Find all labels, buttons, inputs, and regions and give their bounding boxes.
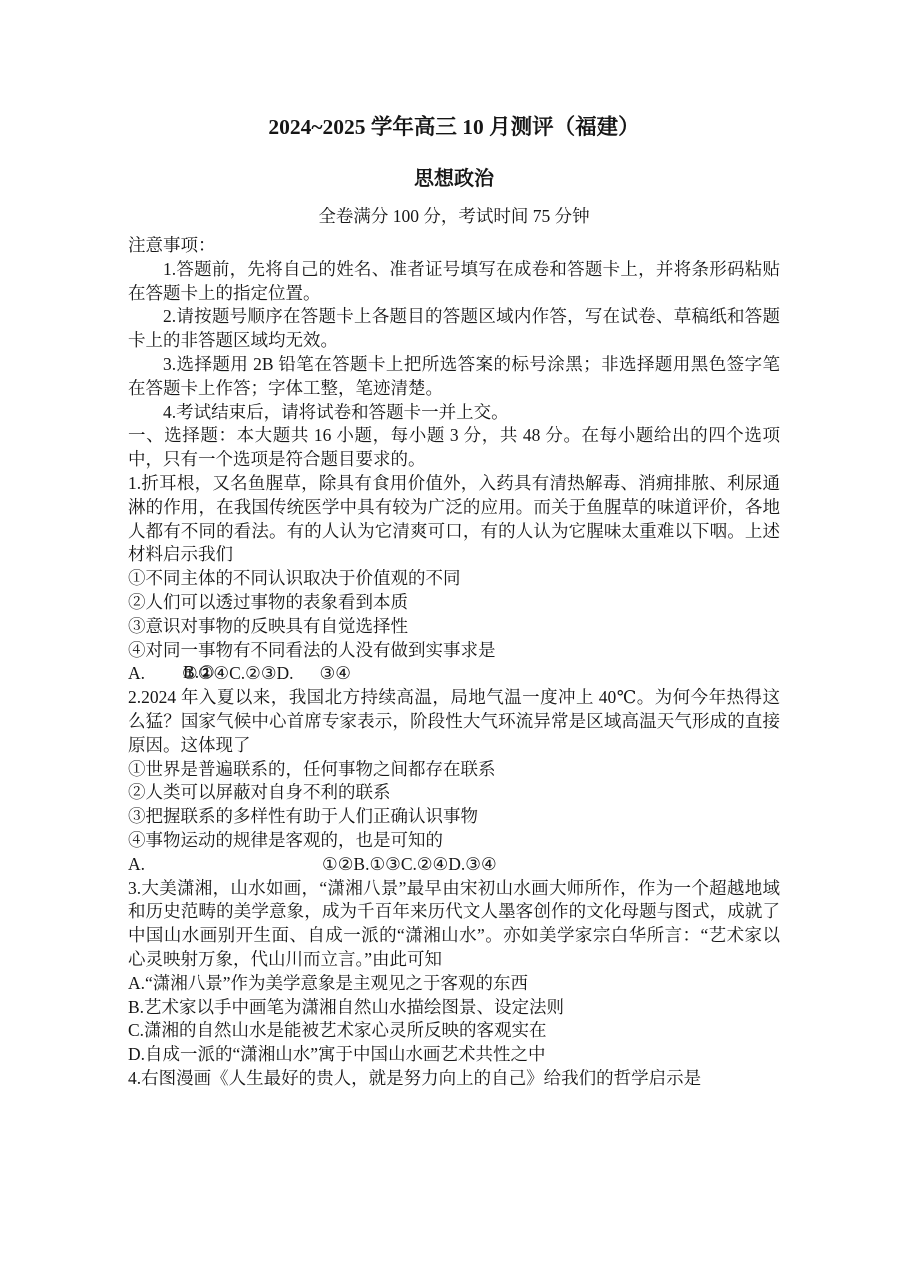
notes-heading: 注意事项：: [128, 234, 780, 258]
section-heading: 一、选择题：本大题共 16 小题，每小题 3 分，共 48 分。在每小题给出的四…: [128, 424, 780, 472]
question-2-option-a-label: A.: [128, 854, 145, 874]
question-2-statement-2: ②人类可以屏蔽对自身不利的联系: [128, 781, 780, 805]
question-1-options-tail: ③④: [320, 663, 351, 683]
question-2-stem: 2.2024 年入夏以来，我国北方持续高温，局地气温一度冲上 40℃。为何今年热…: [128, 686, 780, 757]
question-1-option-a-label: A.: [128, 663, 145, 683]
question-3-option-c: C.潇湘的自然山水是能被艺术家心灵所反映的客观实在: [128, 1019, 780, 1043]
question-3-option-b: B.艺术家以手中画笔为潇湘自然山水描绘图景、设定法则: [128, 996, 780, 1020]
question-4-stem: 4.右图漫画《人生最好的贵人，就是努力向上的自己》给我们的哲学启示是: [128, 1067, 780, 1091]
note-item-1: 1.答题前，先将自己的姓名、准者证号填写在成卷和答题卡上，并将条形码粘贴在答题卡…: [128, 258, 780, 306]
question-2-answer-line: A.①②B.①③C.②④D.③④: [128, 853, 780, 877]
question-2-statement-3: ③把握联系的多样性有助于人们正确认识事物: [128, 805, 780, 829]
question-1-statement-3: ③意识对事物的反映具有自觉选择性: [128, 615, 780, 639]
question-1-answer-line: A.①②B.①④C.②③D.③④: [128, 662, 780, 686]
exam-paper-page: 2024~2025 学年高三 10 月测评（福建） 思想政治 全卷满分 100 …: [0, 0, 900, 1273]
exam-subject: 思想政治: [128, 167, 780, 191]
question-2-statement-1: ①世界是普遍联系的，任何事物之间都存在联系: [128, 758, 780, 782]
exam-meta-line: 全卷满分 100 分，考试时间 75 分钟: [128, 204, 780, 228]
question-1-overlapped-options: ①②B.①: [182, 662, 213, 686]
question-1-options-middle: ④C.②③D.: [213, 663, 293, 683]
overlap-over-text: B.①: [183, 661, 215, 685]
note-item-4: 4.考试结束后，请将试卷和答题卡一并上交。: [128, 401, 780, 425]
question-3-option-a: A.“潇湘八景”作为美学意象是主观见之于客观的东西: [128, 972, 780, 996]
question-1-statement-4: ④对同一事物有不同看法的人没有做到实事求是: [128, 639, 780, 663]
question-1-statement-2: ②人们可以透过事物的表象看到本质: [128, 591, 780, 615]
exam-title: 2024~2025 学年高三 10 月测评（福建）: [128, 114, 780, 140]
note-item-2: 2.请按题号顺序在答题卡上各题目的答题区域内作答，写在试卷、草稿纸和答题卡上的非…: [128, 305, 780, 353]
note-item-3: 3.选择题用 2B 铅笔在答题卡上把所选答案的标号涂黑；非选择题用黑色签字笔在答…: [128, 353, 780, 401]
question-3-stem: 3.大美潇湘，山水如画，“潇湘八景”最早由宋初山水画大师所作，作为一个超越地域和…: [128, 877, 780, 972]
question-1-stem: 1.折耳根，又名鱼腥草，除具有食用价值外，入药具有清热解毒、消痈排脓、利尿通淋的…: [128, 472, 780, 567]
question-2-statement-4: ④事物运动的规律是客观的，也是可知的: [128, 829, 780, 853]
question-3-option-d: D.自成一派的“潇湘山水”寓于中国山水画艺术共性之中: [128, 1043, 780, 1067]
question-2-options-group: ①②B.①③C.②④D.③④: [322, 854, 497, 874]
exam-content: 2024~2025 学年高三 10 月测评（福建） 思想政治 全卷满分 100 …: [128, 114, 780, 1091]
question-1-statement-1: ①不同主体的不同认识取决于价值观的不同: [128, 567, 780, 591]
